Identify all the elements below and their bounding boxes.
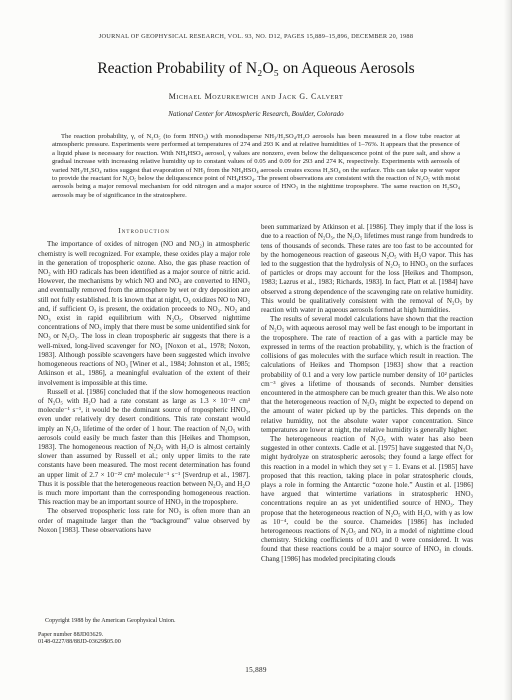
paragraph: Russell et al. [1986] concluded that if … — [38, 388, 250, 508]
right-column: been summarized by Atkinson et al. [1986… — [261, 223, 473, 647]
paragraph: The importance of oxides of nitrogen (NO… — [38, 240, 250, 387]
paragraph: The observed tropospheric loss rate for … — [38, 507, 250, 535]
issn-code: 0148-0227/88/88JD-03629$05.00 — [38, 639, 250, 647]
author-affiliation: National Center for Atmospheric Research… — [0, 110, 512, 118]
left-column: Introduction The importance of oxides of… — [38, 223, 250, 647]
body-columns: Introduction The importance of oxides of… — [38, 223, 474, 647]
journal-header: JOURNAL OF GEOPHYSICAL RESEARCH, VOL. 93… — [0, 0, 512, 40]
page-title: Reaction Probability of N₂O₅ on Aqueous … — [0, 60, 512, 78]
abstract-text: The reaction probability, γ, of N₂O₅ (to… — [52, 133, 460, 200]
page-number: 15,889 — [0, 666, 512, 674]
paragraph: The results of several model calculation… — [261, 315, 473, 435]
first-page-footnote: Copyright 1988 by the American Geophysic… — [38, 608, 250, 647]
section-heading-introduction: Introduction — [38, 226, 250, 235]
paragraph: been summarized by Atkinson et al. [1986… — [261, 223, 473, 315]
paragraph: The heterogeneous reaction of N₂O₅ with … — [261, 435, 473, 564]
author-names: Michael Mozurkewich and Jack G. Calvert — [0, 92, 512, 101]
scan-edge-shadow — [504, 0, 512, 700]
copyright-note: Copyright 1988 by the American Geophysic… — [38, 618, 250, 626]
journal-page: JOURNAL OF GEOPHYSICAL RESEARCH, VOL. 93… — [0, 0, 512, 700]
